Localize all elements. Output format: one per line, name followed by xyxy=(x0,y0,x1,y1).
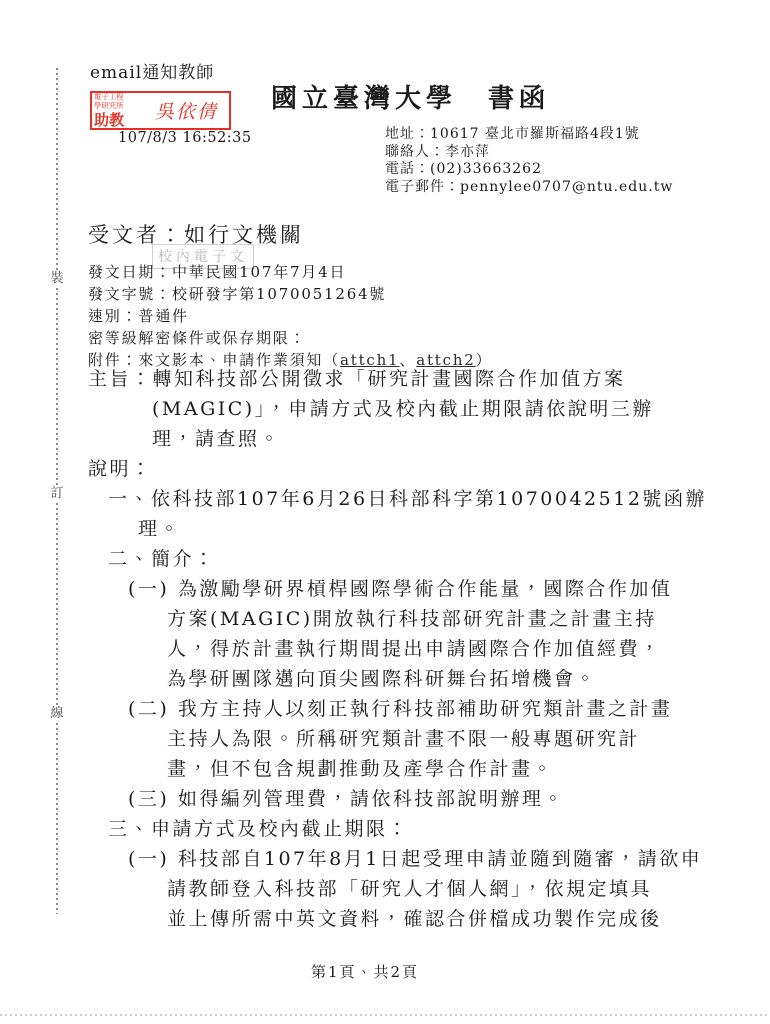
body-line: (二) 我方主持人以刻正執行科技部補助研究類計畫之計畫 xyxy=(0,694,770,724)
contact-person: 聯絡人：李亦萍 xyxy=(385,144,673,162)
body-line: 畫，但不包含規劃推動及產學合作計畫。 xyxy=(0,754,770,784)
document-title: 國立臺灣大學 書函 xyxy=(271,78,550,115)
contact-address: 地址：10617 臺北市羅斯福路4段1號 xyxy=(385,126,673,144)
body-line: 二、簡介： xyxy=(0,544,770,574)
page-separator-line xyxy=(0,1014,770,1016)
stamp-signature-name: 吳依倩 xyxy=(146,97,227,124)
security-line: 密等級解密條件或保存期限： xyxy=(88,327,492,349)
stamp-dept-line1: 電子工程 xyxy=(94,94,137,101)
assistant-signature-stamp: 電子工程 學研究所 助教 吳依倩 xyxy=(90,91,231,130)
contact-email: 電子郵件：pennylee0707@ntu.edu.tw xyxy=(385,179,673,197)
contact-block: 地址：10617 臺北市羅斯福路4段1號 聯絡人：李亦萍 電話：(02)3366… xyxy=(385,126,673,196)
page-footer: 第1頁、共2頁 xyxy=(0,961,750,982)
body-line: (一) 為激勵學研界槓桿國際學術合作能量，國際合作加值 xyxy=(0,574,770,604)
body-line: (MAGIC)」，申請方式及校內截止期限請依說明三辦 xyxy=(0,394,770,424)
stamp-dept-role: 電子工程 學研究所 助教 xyxy=(94,94,146,128)
binding-mark-zhuang: 裝 xyxy=(50,271,64,287)
stamp-timestamp: 107/8/3 16:52:35 xyxy=(118,130,252,146)
document-page: 裝 訂 線 email通知教師 電子工程 學研究所 助教 吳依倩 107/8/3… xyxy=(0,0,770,1024)
body-line: 三、申請方式及校內截止期限： xyxy=(0,814,770,844)
body-line: 主持人為限。所稱研究類計畫不限一般專題研究計 xyxy=(0,724,770,754)
body-line: 方案(MAGIC)開放執行科技部研究計畫之計畫主持 xyxy=(0,604,770,634)
body-line: (一) 科技部自107年8月1日起受理申請並隨到隨審，請欲申 xyxy=(0,844,770,874)
meta-block: 發文日期：中華民國107年7月4日 發文字號：校研發字第1070051264號 … xyxy=(88,261,492,371)
letter-body: 主旨：轉知科技部公開徵求「研究計畫國際合作加值方案(MAGIC)」，申請方式及校… xyxy=(0,364,770,934)
body-line: 理。 xyxy=(0,514,770,544)
body-line: 請教師登入科技部「研究人才個人網」，依規定填具 xyxy=(0,874,770,904)
doc-number-line: 發文字號：校研發字第1070051264號 xyxy=(88,283,492,305)
body-line: 主旨：轉知科技部公開徵求「研究計畫國際合作加值方案 xyxy=(0,364,770,394)
body-line: 為學研團隊邁向頂尖國際科研舞台拓增機會。 xyxy=(0,664,770,694)
email-notify-note: email通知教師 xyxy=(90,58,214,83)
body-line: 說明： xyxy=(0,454,770,484)
stamp-role: 助教 xyxy=(94,113,146,128)
body-line: 一、依科技部107年6月26日科部科字第1070042512號函辦 xyxy=(0,484,770,514)
body-line: 人，得於計畫執行期間提出申請國際合作加值經費， xyxy=(0,634,770,664)
contact-phone: 電話：(02)33663262 xyxy=(385,161,673,179)
stamp-dept-line2: 學研究所 xyxy=(94,103,137,110)
issue-date-line: 發文日期：中華民國107年7月4日 xyxy=(88,261,492,283)
body-line: (三) 如得編列管理費，請依科技部說明辦理。 xyxy=(0,784,770,814)
body-line: 理，請查照。 xyxy=(0,424,770,454)
body-line: 並上傳所需中英文資料，確認合併檔成功製作完成後 xyxy=(0,904,770,934)
speed-line: 速別：普通件 xyxy=(88,305,492,327)
